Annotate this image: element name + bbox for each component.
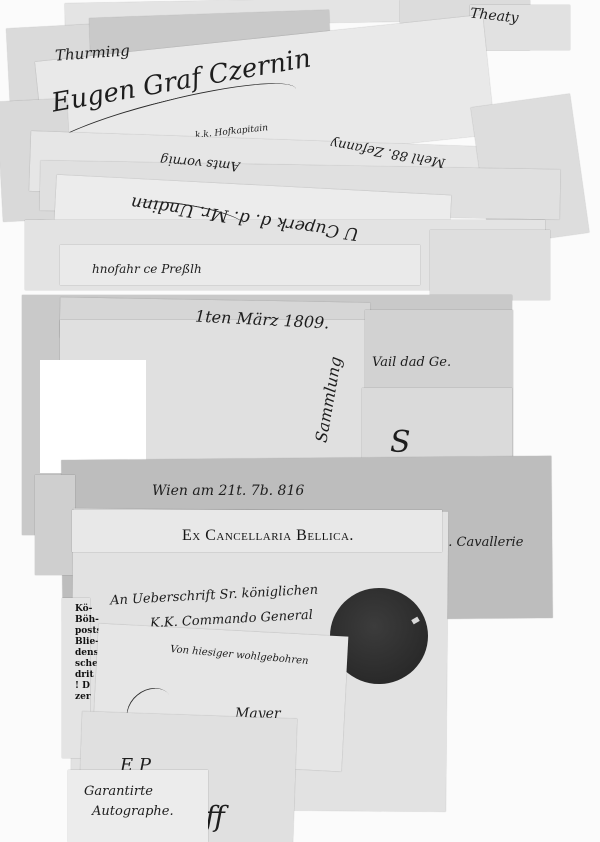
- label-line-1: Garantirte: [84, 784, 153, 799]
- script-cavallerie: 8. Cavallerie: [440, 535, 523, 550]
- redaction-box: [40, 360, 146, 473]
- paper-stack-right: [430, 230, 550, 300]
- script-large-initial: S: [390, 425, 411, 460]
- wien-date-line: Wien am 21t. 7b. 816: [152, 483, 304, 499]
- print-label: Ex Cancellaria Bellica.: [182, 527, 354, 545]
- fraktur-line: Kö-: [75, 604, 105, 615]
- paper-under-left: [35, 475, 75, 575]
- label-line-2: Autographe.: [92, 804, 174, 819]
- script-misc: hnofahr ce Preßlh: [92, 262, 202, 276]
- address-fragment: Vail dad Ge.: [372, 355, 451, 370]
